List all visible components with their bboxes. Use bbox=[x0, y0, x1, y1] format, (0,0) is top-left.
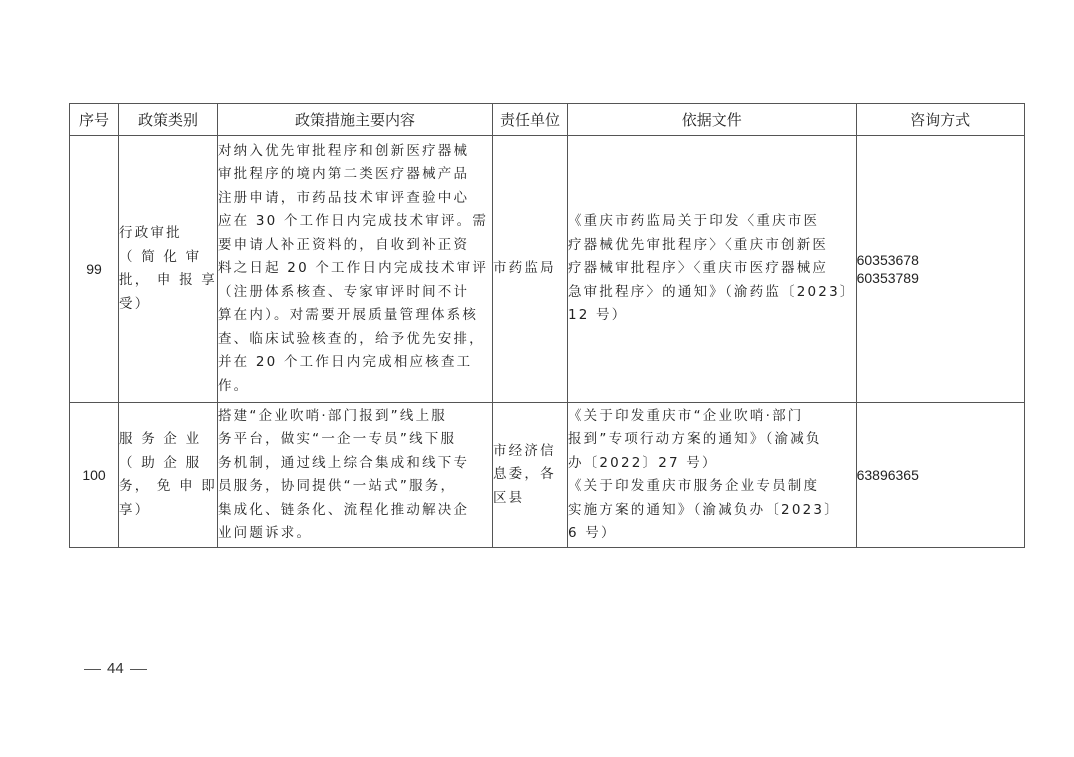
basis-document: 《关于印发重庆市“企业吹哨·部门报到”专项行动方案的通知》（渝减负办〔2022〕… bbox=[567, 403, 856, 548]
table-row: 100服 务 企 业（ 助 企 服务， 免 申 即享）搭建“企业吹哨·部门报到”… bbox=[70, 403, 1025, 548]
basis-line: 疗器械审批程序〉〈重庆市医疗器械应 bbox=[568, 257, 856, 281]
unit-line: 区县 bbox=[493, 487, 567, 511]
content-line: 注册申请，市药品技术审评查验中心 bbox=[218, 187, 492, 211]
content-line: 并在 20 个工作日内完成相应核查工 bbox=[218, 351, 492, 375]
header-contact: 咨询方式 bbox=[856, 104, 1024, 136]
category-line: 批， 申 报 享 bbox=[119, 269, 217, 293]
basis-line: 6 号） bbox=[568, 522, 856, 546]
table-row: 99行政审批（ 简 化 审批， 申 报 享受）对纳入优先审批程序和创新医疗器械审… bbox=[70, 136, 1025, 403]
contact-line: 63896365 bbox=[857, 466, 1024, 484]
content-line: 业问题诉求。 bbox=[218, 522, 492, 546]
category-line: （ 简 化 审 bbox=[119, 246, 217, 270]
content-line: 员服务，协同提供“一站式”服务， bbox=[218, 475, 492, 499]
basis-line: 急审批程序〉的通知》（渝药监〔2023〕 bbox=[568, 281, 856, 305]
header-category: 政策类别 bbox=[119, 104, 218, 136]
header-basis: 依据文件 bbox=[567, 104, 856, 136]
row-number: 99 bbox=[70, 136, 119, 403]
category-line: 务， 免 申 即 bbox=[119, 475, 217, 499]
basis-line: 疗器械优先审批程序〉〈重庆市创新医 bbox=[568, 234, 856, 258]
contact-line: 60353789 bbox=[857, 269, 1024, 287]
contact-info: 63896365 bbox=[856, 403, 1024, 548]
policy-content: 搭建“企业吹哨·部门报到”线上服务平台，做实“一企一专员”线下服务机制，通过线上… bbox=[217, 403, 492, 548]
header-content: 政策措施主要内容 bbox=[217, 104, 492, 136]
category-line: 服 务 企 业 bbox=[119, 428, 217, 452]
basis-line: 《重庆市药监局关于印发〈重庆市医 bbox=[568, 210, 856, 234]
content-line: 应在 30 个工作日内完成技术审评。需 bbox=[218, 210, 492, 234]
unit-line: 市药监局 bbox=[493, 257, 567, 281]
basis-line: 《关于印发重庆市服务企业专员制度 bbox=[568, 475, 856, 499]
basis-line: 办〔2022〕27 号） bbox=[568, 452, 856, 476]
table-header-row: 序号 政策类别 政策措施主要内容 责任单位 依据文件 咨询方式 bbox=[70, 104, 1025, 136]
content-line: 务机制，通过线上综合集成和线下专 bbox=[218, 452, 492, 476]
category-line: 行政审批 bbox=[119, 222, 217, 246]
content-line: 对纳入优先审批程序和创新医疗器械 bbox=[218, 140, 492, 164]
content-line: 搭建“企业吹哨·部门报到”线上服 bbox=[218, 405, 492, 429]
row-number: 100 bbox=[70, 403, 119, 548]
header-no: 序号 bbox=[70, 104, 119, 136]
content-line: 集成化、链条化、流程化推动解决企 bbox=[218, 499, 492, 523]
content-line: 务平台，做实“一企一专员”线下服 bbox=[218, 428, 492, 452]
content-line: 要申请人补正资料的，自收到补正资 bbox=[218, 234, 492, 258]
dash-left bbox=[84, 669, 101, 670]
content-line: 审批程序的境内第二类医疗器械产品 bbox=[218, 163, 492, 187]
policy-category: 服 务 企 业（ 助 企 服务， 免 申 即享） bbox=[119, 403, 218, 548]
dash-right bbox=[130, 669, 147, 670]
category-line: 受） bbox=[119, 293, 217, 317]
page-number: 44 bbox=[107, 660, 124, 677]
category-line: 享） bbox=[119, 499, 217, 523]
content-line: 作。 bbox=[218, 375, 492, 399]
content-line: 查、临床试验核查的，给予优先安排， bbox=[218, 328, 492, 352]
policy-table: 序号 政策类别 政策措施主要内容 责任单位 依据文件 咨询方式 99行政审批（ … bbox=[69, 103, 1025, 548]
policy-category: 行政审批（ 简 化 审批， 申 报 享受） bbox=[119, 136, 218, 403]
policy-content: 对纳入优先审批程序和创新医疗器械审批程序的境内第二类医疗器械产品注册申请，市药品… bbox=[217, 136, 492, 403]
basis-line: 12 号） bbox=[568, 304, 856, 328]
responsible-unit: 市药监局 bbox=[492, 136, 567, 403]
content-line: （注册体系核查、专家审评时间不计 bbox=[218, 281, 492, 305]
content-line: 算在内）。对需要开展质量管理体系核 bbox=[218, 304, 492, 328]
basis-line: 《关于印发重庆市“企业吹哨·部门 bbox=[568, 405, 856, 429]
contact-info: 6035367860353789 bbox=[856, 136, 1024, 403]
unit-line: 息委，各 bbox=[493, 463, 567, 487]
unit-line: 市经济信 bbox=[493, 440, 567, 464]
category-line: （ 助 企 服 bbox=[119, 452, 217, 476]
basis-line: 报到”专项行动方案的通知》（渝减负 bbox=[568, 428, 856, 452]
content-line: 料之日起 20 个工作日内完成技术审评 bbox=[218, 257, 492, 281]
basis-document: 《重庆市药监局关于印发〈重庆市医疗器械优先审批程序〉〈重庆市创新医疗器械审批程序… bbox=[567, 136, 856, 403]
contact-line: 60353678 bbox=[857, 251, 1024, 269]
header-unit: 责任单位 bbox=[492, 104, 567, 136]
basis-line: 实施方案的通知》（渝减负办〔2023〕 bbox=[568, 499, 856, 523]
responsible-unit: 市经济信息委，各区县 bbox=[492, 403, 567, 548]
page-footer: 44 bbox=[78, 660, 153, 677]
